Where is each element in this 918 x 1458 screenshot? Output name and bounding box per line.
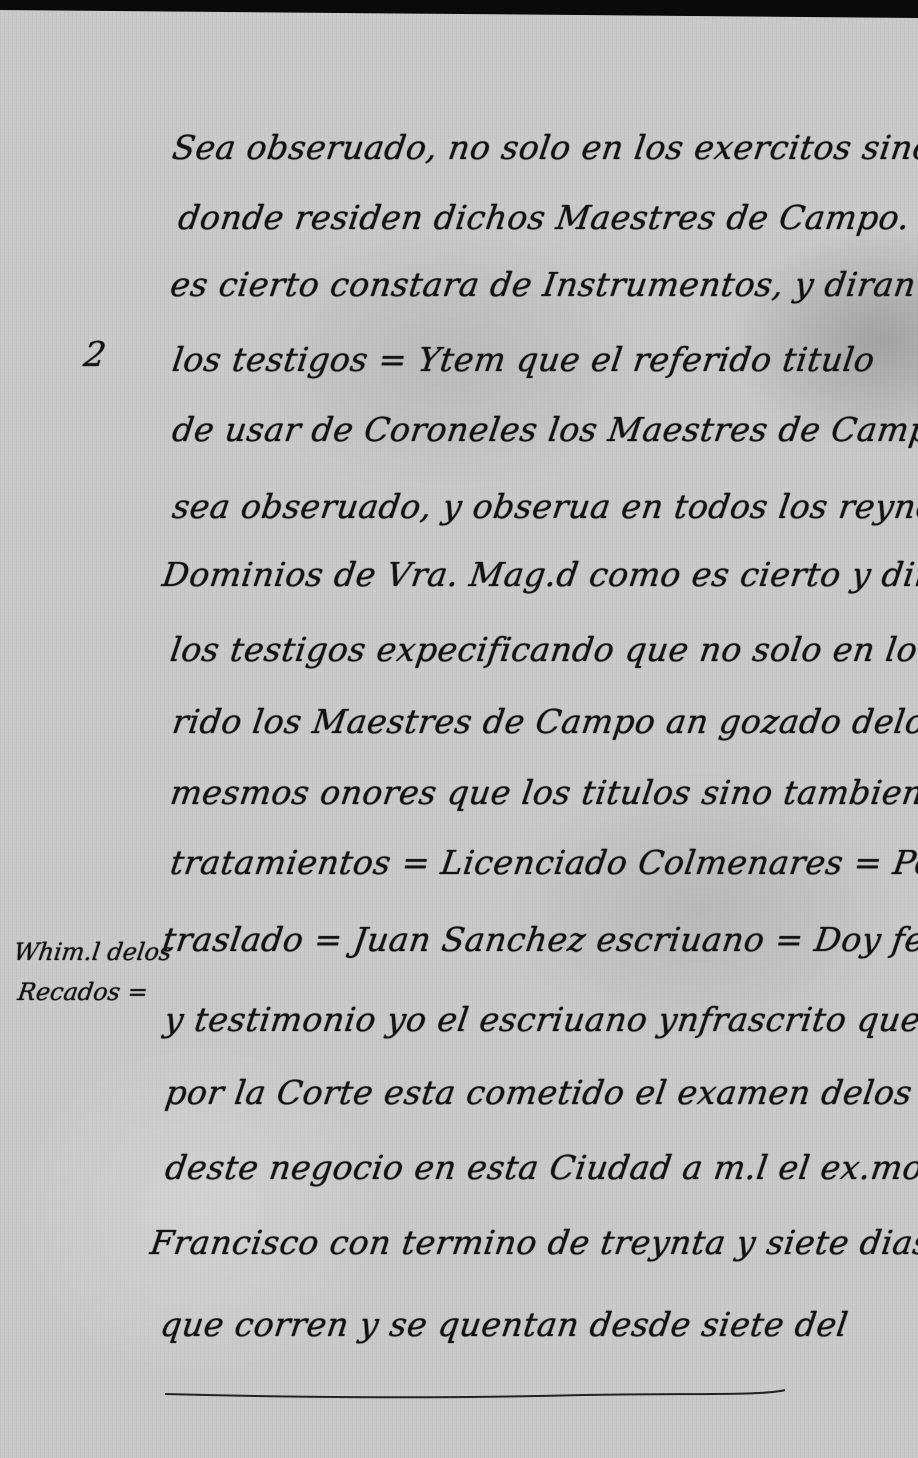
text-line-17: que corren y se quentan desde siete del: [158, 1305, 851, 1344]
text-line-12: traslado = Juan Sanchez escriuano = Doy …: [160, 920, 918, 959]
text-line-16: Francisco con termino de treynta y siete…: [148, 1223, 918, 1262]
margin-note-line-1: Whim.l delos: [12, 938, 173, 966]
text-line-9: rido los Maestres de Campo an gozado del…: [170, 702, 918, 741]
text-line-10: mesmos onores que los titulos sino tambi…: [168, 773, 918, 812]
text-line-6: sea obseruado, y obserua en todos los re…: [170, 487, 918, 526]
text-line-3: es cierto constara de Instrumentos, y di…: [168, 265, 918, 304]
text-line-1: Sea obseruado, no solo en los exercitos …: [170, 128, 918, 167]
text-line-11: tratamientos = Licenciado Colmenares = P…: [168, 843, 918, 882]
text-line-8: los testigos expecificando que no solo e…: [168, 630, 918, 669]
text-line-14: por la Corte esta cometido el examen del…: [163, 1073, 918, 1112]
text-line-13: y testimonio yo el escriuano ynfrascrito…: [162, 1000, 918, 1039]
text-line-15: deste negocio en esta Ciudad a m.l el ex…: [163, 1148, 918, 1187]
manuscript-page: 2 Whim.l delos Recados = Sea obseruado, …: [0, 10, 918, 1458]
closing-rule-line: [163, 1384, 793, 1404]
text-line-2: donde residen dichos Maestres de Campo. …: [176, 198, 918, 237]
text-line-5: de usar de Coroneles los Maestres de Cam…: [170, 410, 918, 449]
text-line-7: Dominios de Vra. Mag.d como es cierto y …: [160, 555, 918, 594]
margin-page-number: 2: [81, 335, 108, 375]
text-line-4: los testigos = Ytem que el referido titu…: [170, 340, 877, 379]
margin-note-line-2: Recados =: [16, 978, 150, 1006]
